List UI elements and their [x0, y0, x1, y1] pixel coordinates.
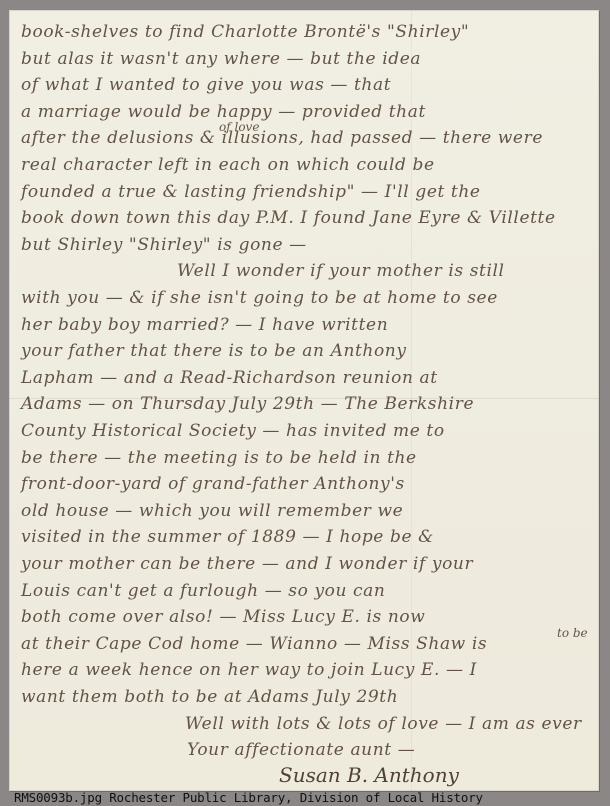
letter-page-continued [9, 10, 599, 791]
image-caption: RMS0093b.jpg Rochester Public Library, D… [14, 790, 483, 805]
document-viewer: book-shelves to find Charlotte Brontë's … [0, 0, 610, 806]
